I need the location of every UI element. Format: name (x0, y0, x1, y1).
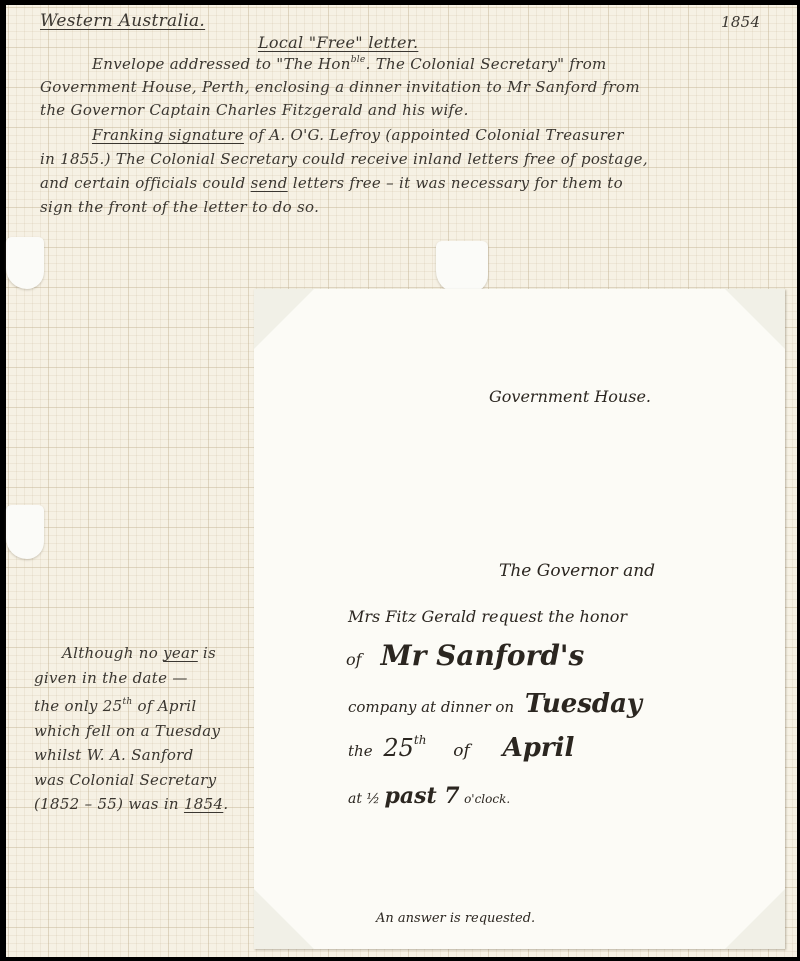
header-country: Western Australia. (40, 11, 205, 31)
invitation-line-3: of Mr Sanford's (346, 639, 584, 672)
photo-corner (254, 289, 314, 349)
franking-label: Franking signature (92, 126, 244, 144)
description-line-1: Envelope addressed to "The Honble. The C… (92, 55, 607, 73)
franking-line-3: and certain officials could send letters… (40, 174, 623, 192)
franking-line-2: in 1855.) The Colonial Secretary could r… (40, 150, 648, 168)
invitation-date: 25 (383, 734, 414, 762)
guest-name: Mr Sanford's (381, 639, 585, 672)
invitation-month: April (503, 733, 575, 763)
invitation-day: Tuesday (525, 689, 642, 719)
description-line-2: Government House, Perth, enclosing a din… (40, 78, 640, 96)
description-line-3: the Governor Captain Charles Fitzgerald … (40, 101, 469, 119)
photo-corner (725, 889, 785, 949)
franking-line-1: Franking signature of A. O'G. Lefroy (ap… (92, 126, 624, 144)
stamp-hinge (6, 505, 44, 559)
invitation-time: past 7 (384, 783, 459, 809)
invitation-heading: Government House. (489, 387, 651, 406)
header-year: 1854 (721, 13, 760, 31)
invitation-card: Government House. The Governor and Mrs F… (254, 289, 785, 949)
invitation-line-5: the 25th of April (348, 733, 574, 763)
photo-corner (725, 289, 785, 349)
stamp-hinge (6, 237, 44, 289)
side-note: Although no year is given in the date — … (34, 641, 254, 817)
franking-line-4: sign the front of the letter to do so. (40, 198, 319, 216)
invitation-line-1: The Governor and (499, 561, 655, 581)
invitation-line-4: company at dinner on Tuesday (348, 689, 642, 719)
photo-corner (254, 889, 314, 949)
invitation-line-6: at ½ past 7 o'clock. (348, 783, 510, 809)
stamp-hinge (436, 241, 488, 293)
page-title: Local "Free" letter. (258, 33, 418, 52)
invitation-line-2: Mrs Fitz Gerald request the honor (348, 607, 627, 626)
invitation-footer: An answer is requested. (376, 911, 535, 926)
